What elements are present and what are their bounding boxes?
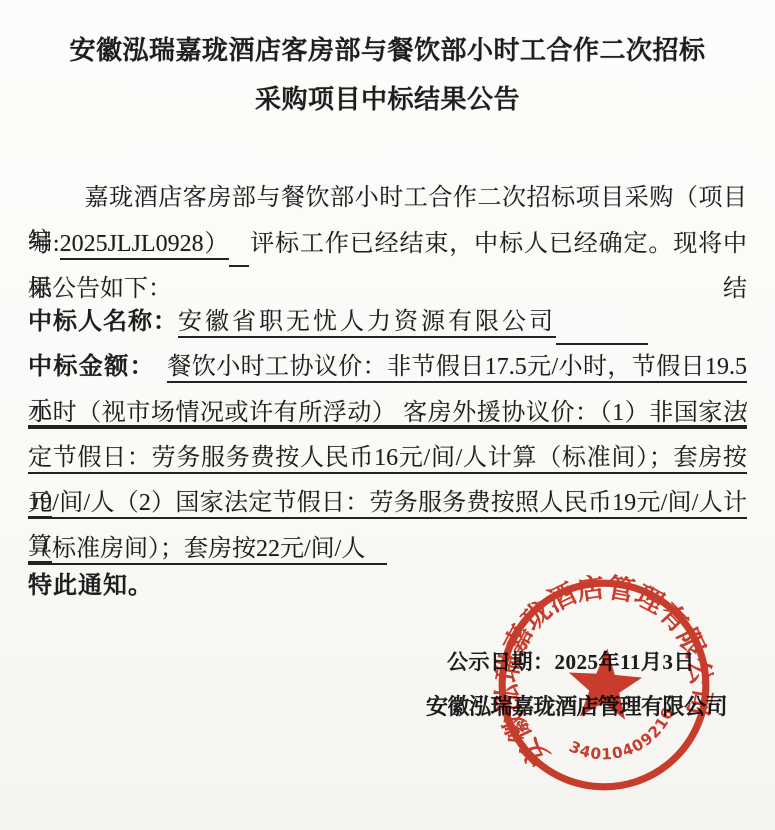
paragraph-text: 号: (28, 231, 60, 257)
amount-line-3: 定节假日：劳务服务费按人民币16元/间/人计算（标准间）；套房按19 (28, 436, 747, 480)
amount-line-4: 元/间/人（2）国家法定节假日：劳务服务费按照人民币19元/间/人计算 (28, 481, 747, 525)
paragraph-text: 果公告如下： (28, 276, 172, 302)
project-number: 2025JLJL0928） (60, 231, 230, 260)
document-page: 安徽泓瑞嘉珑酒店客房部与餐饮部小时工合作二次招标 采购项目中标结果公告 嘉珑酒店… (0, 0, 775, 830)
paragraph-line-2: 号:2025JLJL0928）评标工作已经结束，中标人已经确定。现将中标结 (28, 222, 747, 266)
title-line-1: 安徽泓瑞嘉珑酒店客房部与餐饮部小时工合作二次招标 (0, 26, 775, 75)
amount-label: 中标金额： (28, 353, 155, 380)
winner-line: 中标人名称：安徽省职无忧人力资源有限公司 (28, 300, 747, 344)
amount-line-1: 中标金额：餐饮小时工协议价：非节假日17.5元/小时，节假日19.5元/ (28, 345, 747, 389)
document-title: 安徽泓瑞嘉珑酒店客房部与餐饮部小时工合作二次招标 采购项目中标结果公告 (0, 26, 775, 124)
winner-label: 中标人名称： (28, 308, 178, 335)
title-line-2: 采购项目中标结果公告 (0, 75, 775, 124)
amount-value: （标准房间）；套房按22元/间/人 (28, 536, 387, 565)
issuing-company: 安徽泓瑞嘉珑酒店管理有限公司 (426, 690, 727, 721)
notice-text: 特此通知。 (28, 572, 153, 599)
amount-line-2: 小时（视市场情况或许有所浮动） 客房外援协议价：（1）非国家法 (28, 391, 747, 435)
paragraph-line-1: 嘉珑酒店客房部与餐饮部小时工合作二次招标项目采购（项目编 (28, 176, 747, 220)
underline-tail (229, 235, 249, 267)
amount-value: 小时（视市场情况或许有所浮动） 客房外援协议价：（1）非国家法 (28, 400, 747, 429)
underline-tail (556, 313, 648, 345)
publish-date: 公示日期：2025年11月3日 (447, 646, 695, 676)
notice-line: 特此通知。 (28, 564, 747, 608)
winner-name: 安徽省职无忧人力资源有限公司 (178, 309, 556, 338)
